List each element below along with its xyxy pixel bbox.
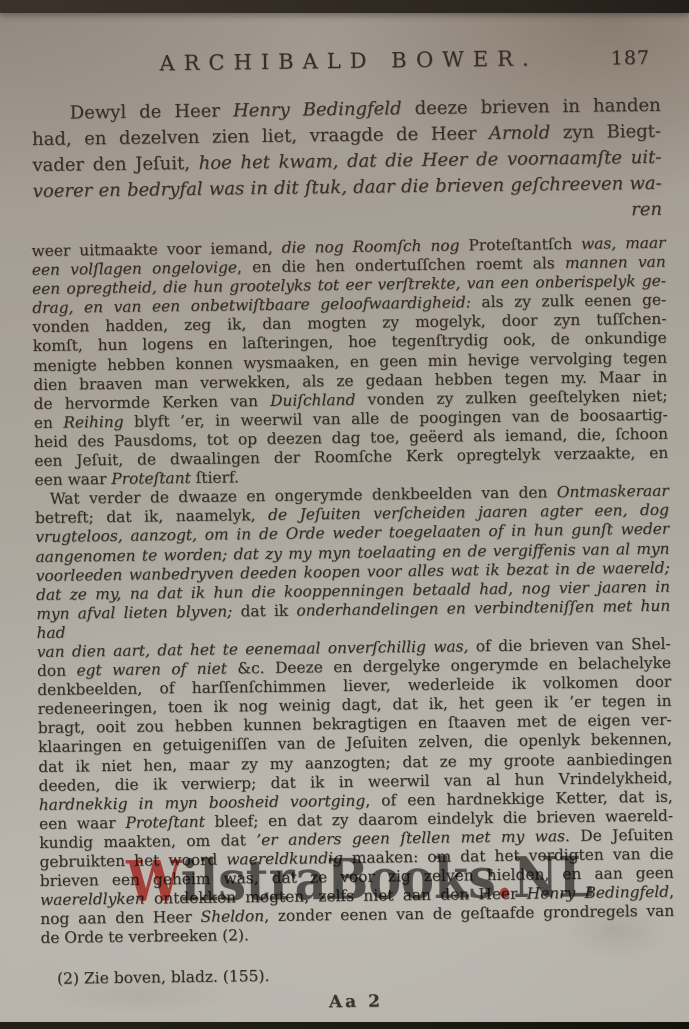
intro-quote-paragraph: Dewyl de Heer Henry Bedingfeld deeze bri… <box>32 93 663 231</box>
italic-text-segment: Henry Bedingfeld <box>233 98 402 121</box>
text-segment: een waar <box>39 814 126 833</box>
italic-text-segment: Proteſtant <box>125 813 205 832</box>
text-segment: de Orde te verbreeken (2). <box>40 927 249 948</box>
italic-text-segment: egt waren of niet <box>76 660 227 680</box>
text-segment: . De Jeſuiten <box>565 826 674 845</box>
page-number: 187 <box>611 47 651 70</box>
watermark-dot: . <box>496 845 514 911</box>
italic-text-segment: Reihing <box>63 413 123 432</box>
italic-text-segment: voerer en bedryfal was in dit ſtuk, daar… <box>33 173 662 202</box>
text-segment: ſtierf. <box>191 468 239 487</box>
footnote: (2) Zie boven, bladz. (155). <box>57 962 689 988</box>
text-segment: Dewyl de Heer <box>70 100 234 123</box>
text-segment: als zy zulk eenen ge- <box>481 291 666 311</box>
italic-text-segment: mannen van <box>565 253 666 272</box>
italic-text-segment: Proteſtant <box>111 469 191 488</box>
italic-text-segment: een volſlagen ongelovige <box>32 258 237 279</box>
text-segment: Proteſtantſch <box>468 235 581 254</box>
watermark-middle: ilstraBooks <box>180 845 496 914</box>
text-segment: en <box>34 413 64 431</box>
text-segment: dat ik <box>240 601 296 620</box>
text-segment: de hervormde Kerken van <box>33 392 270 413</box>
italic-text-segment: die nog Roomſch nog <box>282 236 469 256</box>
watermark: WilstraBooks.NL <box>126 844 593 915</box>
italic-text-segment: hoe het kwam, dat die Heer de voornaamſt… <box>199 147 662 174</box>
text-segment: of die brieven van Shel- <box>476 635 671 656</box>
text-segment: betreft; dat ik, naamelyk, <box>35 506 268 527</box>
running-title: ARCHIBALD BOWER. <box>0 44 688 77</box>
text-segment: een waar <box>34 470 111 489</box>
italic-text-segment: Ontmaskeraar <box>557 482 669 501</box>
italic-text-segment: myn afval lieten blyven; <box>36 602 240 623</box>
main-text-block: weer uitmaakte voor iemand, die nog Room… <box>31 234 674 949</box>
text-segment: deeze brieven in handen <box>401 95 660 119</box>
text-segment: weer uitmaakte voor iemand, <box>31 239 281 260</box>
italic-text-segment: ren <box>631 199 662 220</box>
page-header: ARCHIBALD BOWER. 187 <box>0 44 688 81</box>
photo-bottom-edge <box>0 1022 689 1029</box>
text-segment: don <box>37 662 77 681</box>
text-segment: zyn Biegt- <box>550 121 661 143</box>
italic-text-segment: Arnold <box>489 122 551 144</box>
italic-text-segment: was, maar <box>581 234 666 253</box>
watermark-suffix: NL <box>513 844 593 911</box>
text-segment: vader den Jeſuit, <box>32 153 199 176</box>
text-segment: had, en dezelven zien liet, vraagde de H… <box>32 123 489 150</box>
italic-text-segment: Duiſchland <box>270 391 355 410</box>
text-segment: , <box>669 883 674 901</box>
watermark-initial: W <box>126 848 181 915</box>
